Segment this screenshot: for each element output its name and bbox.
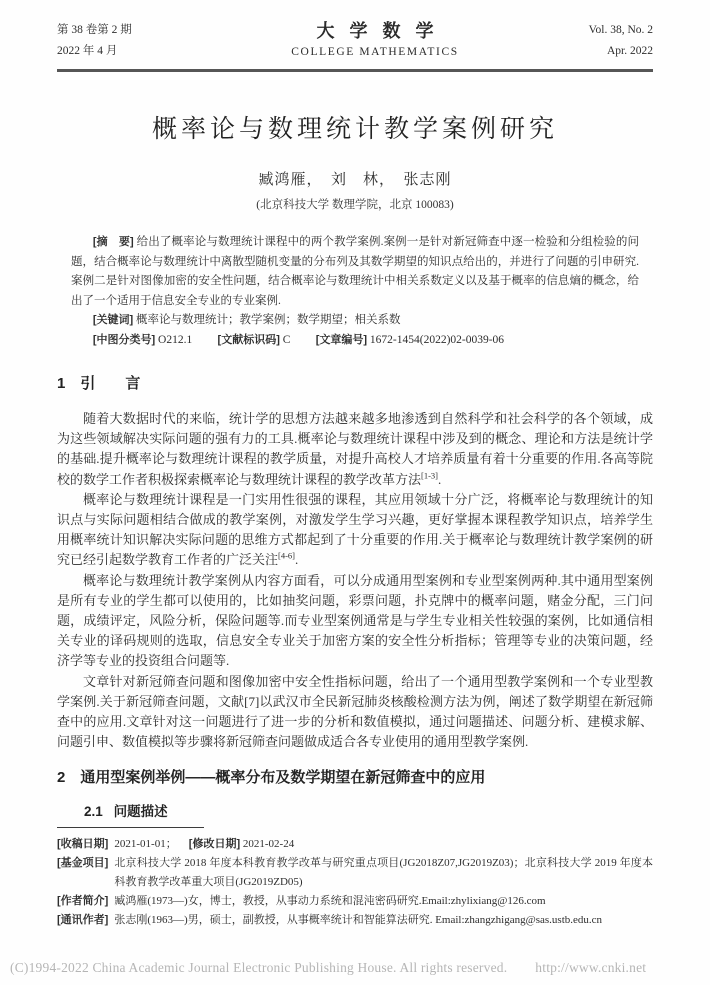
abstract-paragraph: [摘 要] 给出了概率论与数理统计课程中的两个教学案例.案例一是针对新冠筛查中逐… (71, 233, 639, 311)
received-date-label: [收稿日期] (57, 835, 108, 854)
section-2-1-title: 问题描述 (114, 804, 168, 819)
intro-paragraph-4: 文章针对新冠筛查问题和图像加密中安全性指标问题，给出了一个通用型教学案例和一个专… (57, 672, 653, 753)
author-bio-label: [作者简介] (57, 892, 108, 911)
abstract-text: 给出了概率论与数理统计课程中的两个教学案例.案例一是针对新冠筛查中逐一检验和分组… (71, 236, 639, 307)
volume-number: Vol. 38, No. 2 (543, 20, 653, 41)
article-id-value: 1672-1454(2022)02-0039-06 (370, 334, 504, 346)
section-2-number: 2 (57, 769, 65, 786)
keywords-text: 概率论与数理统计；教学案例；数学期望；相关系数 (136, 314, 401, 326)
journal-name: 大学数学 COLLEGE MATHEMATICS (207, 20, 543, 62)
paragraph-text: 概率论与数理统计教学案例从内容方面看，可以分成通用型案例和专业型案例两种.其中通… (57, 573, 653, 669)
copyright-text: (C)1994-2022 China Academic Journal Elec… (10, 960, 507, 975)
journal-title-en: COLLEGE MATHEMATICS (207, 42, 543, 62)
cnki-watermark: (C)1994-2022 China Academic Journal Elec… (10, 960, 700, 976)
paragraph-text: 概率论与数理统计课程是一门实用性很强的课程，其应用领域十分广泛，将概率论与数理统… (57, 492, 653, 568)
issue-date: 2022 年 4 月 (57, 41, 207, 62)
footnote-corresponding-author: [通讯作者] 张志刚(1963—)男，硕士，副教授，从事概率统计和智能算法研究.… (57, 911, 653, 930)
dates-text: 2021-01-01；[修改日期] 2021-02-24 (114, 835, 653, 854)
section-1-number: 1 (57, 375, 65, 392)
revised-date-value: 2021-02-24 (243, 838, 294, 850)
cnki-url: http://www.cnki.net (535, 960, 646, 975)
article-authors: 臧鸿雁， 刘 林， 张志刚 (57, 168, 653, 189)
paragraph-text: 文章针对新冠筛查问题和图像加密中安全性指标问题，给出了一个通用型教学案例和一个专… (57, 674, 653, 750)
journal-header: 第 38 卷第 2 期 2022 年 4 月 大学数学 COLLEGE MATH… (57, 20, 653, 62)
citation-ref: [4-6] (278, 551, 295, 561)
citation-ref: [1-3] (421, 470, 438, 480)
section-2-1-heading: 2.1问题描述 (57, 800, 653, 820)
revised-date-label: [修改日期] (189, 838, 240, 850)
section-2-1-number: 2.1 (84, 804, 103, 819)
keywords-label: [关键词] (93, 314, 133, 326)
doc-code-label: [文献标识码] (218, 334, 280, 346)
footnote-author-bio: [作者简介] 臧鸿雁(1973—)女，博士，教授，从事动力系统和混沌密码研究.E… (57, 892, 653, 911)
clc-value: O212.1 (158, 334, 192, 346)
issue-number: 第 38 卷第 2 期 (57, 20, 207, 41)
footnote-fund: [基金项目] 北京科技大学 2018 年度本科教育教学改革与研究重点项目(JG2… (57, 854, 653, 892)
received-date-value: 2021-01-01； (114, 838, 176, 850)
footnote-block: [收稿日期] 2021-01-01；[修改日期] 2021-02-24 [基金项… (57, 835, 653, 930)
journal-title-cn: 大学数学 (207, 20, 543, 42)
corresponding-author-label: [通讯作者] (57, 911, 108, 930)
section-2-title: 通用型案例举例——概率分布及数学期望在新冠筛查中的应用 (80, 769, 485, 786)
intro-paragraph-2: 概率论与数理统计课程是一门实用性很强的课程，其应用领域十分广泛，将概率论与数理统… (57, 490, 653, 571)
fund-text: 北京科技大学 2018 年度本科教育教学改革与研究重点项目(JG2018Z07,… (114, 854, 653, 892)
intro-paragraph-1: 随着大数据时代的来临，统计学的思想方法越来越多地渗透到自然科学和社会科学的各个领… (57, 409, 653, 490)
section-2-heading: 2通用型案例举例——概率分布及数学期望在新冠筛查中的应用 (57, 766, 653, 787)
clc-label: [中图分类号] (93, 334, 155, 346)
volume-date: Apr. 2022 (543, 41, 653, 62)
volume-info: Vol. 38, No. 2 Apr. 2022 (543, 20, 653, 62)
author-bio-text: 臧鸿雁(1973—)女，博士，教授，从事动力系统和混沌密码研究.Email:zh… (114, 892, 653, 911)
section-1-title: 引 言 (80, 375, 140, 392)
section-1-heading: 1引 言 (57, 372, 653, 393)
paragraph-text: 随着大数据时代的来临，统计学的思想方法越来越多地渗透到自然科学和社会科学的各个领… (57, 411, 653, 487)
abstract-label: [摘 要] (93, 236, 134, 248)
article-affiliation: (北京科技大学 数理学院，北京 100083) (57, 196, 653, 212)
paragraph-text: . (438, 472, 441, 487)
article-title: 概率论与数理统计教学案例研究 (57, 109, 653, 145)
header-rule (57, 69, 653, 72)
abstract-block: [摘 要] 给出了概率论与数理统计课程中的两个教学案例.案例一是针对新冠筛查中逐… (71, 233, 639, 350)
corresponding-author-text: 张志刚(1963—)男，硕士，副教授，从事概率统计和智能算法研究. Email:… (114, 911, 653, 930)
classification-line: [中图分类号] O212.1[文献标识码] C[文章编号] 1672-1454(… (71, 331, 639, 351)
fund-label: [基金项目] (57, 854, 108, 892)
issue-info: 第 38 卷第 2 期 2022 年 4 月 (57, 20, 207, 62)
article-id-label: [文章编号] (316, 334, 367, 346)
footnote-rule (57, 827, 204, 828)
journal-page: 第 38 卷第 2 期 2022 年 4 月 大学数学 COLLEGE MATH… (0, 0, 710, 985)
footnote-dates: [收稿日期] 2021-01-01；[修改日期] 2021-02-24 (57, 835, 653, 854)
paragraph-text: . (295, 552, 298, 567)
doc-code-value: C (283, 334, 291, 346)
intro-paragraph-3: 概率论与数理统计教学案例从内容方面看，可以分成通用型案例和专业型案例两种.其中通… (57, 571, 653, 672)
keywords-line: [关键词] 概率论与数理统计；教学案例；数学期望；相关系数 (71, 311, 639, 331)
